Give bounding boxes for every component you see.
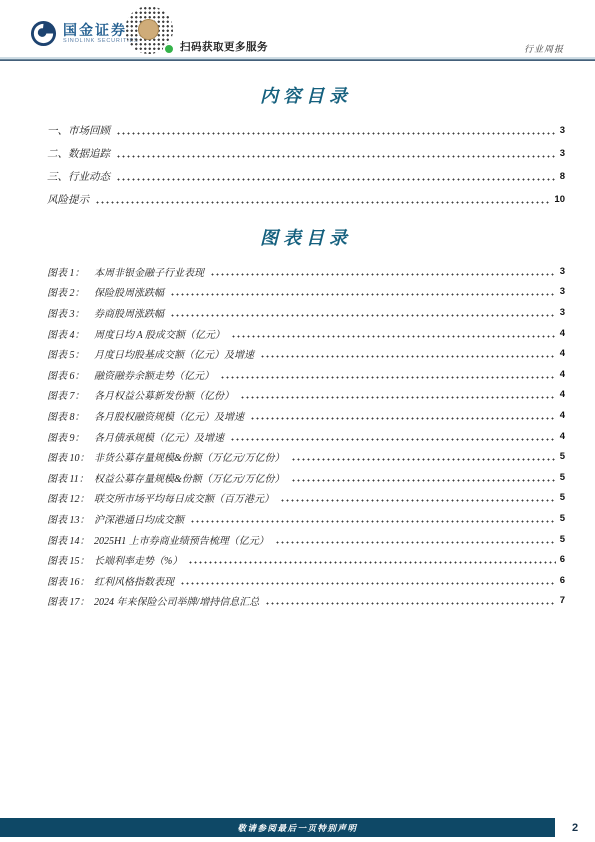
figure-item[interactable]: 图表 9： 各月债承规模（亿元）及增速 4 <box>47 426 565 447</box>
qr-caption: 扫码获取更多服务 <box>180 39 268 54</box>
content-toc-title: 内容目录 <box>47 82 565 108</box>
figure-item-no: 图表 7： <box>47 387 94 402</box>
figure-item[interactable]: 图表 4： 周度日均 A 股成交额（亿元） 4 <box>47 323 565 344</box>
toc-item-label: 三、行业动态 <box>47 169 110 184</box>
figure-item-title: 各月权益公募新发份额（亿份） <box>94 387 234 402</box>
toc-item-label: 二、数据追踪 <box>47 146 110 161</box>
footer-disclaimer: 敬请参阅最后一页特别声明 <box>0 818 595 837</box>
figure-item-page: 6 <box>560 575 565 586</box>
dot-leader <box>275 529 556 550</box>
figure-item-no: 图表 16： <box>47 573 94 588</box>
figure-item-title: 月度日均股基成交额（亿元）及增速 <box>94 346 254 361</box>
toc-item-page: 3 <box>560 148 565 159</box>
figure-item-page: 4 <box>560 410 565 421</box>
figure-item-title: 长端利率走势（%） <box>94 552 182 567</box>
toc-item[interactable]: 二、数据追踪 3 <box>47 142 565 165</box>
figure-item-title: 周度日均 A 股成交额（亿元） <box>94 326 225 341</box>
figure-item-page: 5 <box>560 534 565 545</box>
figure-item-title: 2024 年来保险公司举牌/增持信息汇总 <box>94 593 259 608</box>
qr-code <box>125 6 173 54</box>
main-content: 内容目录 一、市场回顾 3 二、数据追踪 3 三、行业动态 8 风险提示 10 <box>47 61 565 611</box>
figure-item-title: 各月债承规模（亿元）及增速 <box>94 429 224 444</box>
figure-item-page: 3 <box>560 286 565 297</box>
report-page: 国金证券 SINOLINK SECURITIES 扫码获取更多服务 行业周报 内… <box>0 0 595 842</box>
figure-item-page: 6 <box>560 554 565 565</box>
figure-item-title: 券商股周涨跌幅 <box>94 305 164 320</box>
dot-leader <box>210 261 556 282</box>
toc-item-label: 风险提示 <box>47 192 89 207</box>
dot-leader <box>291 467 556 488</box>
figure-item-no: 图表 9： <box>47 429 94 444</box>
figure-item[interactable]: 图表 2： 保险股周涨跌幅 3 <box>47 282 565 303</box>
figure-item[interactable]: 图表 5： 月度日均股基成交额（亿元）及增速 4 <box>47 343 565 364</box>
figure-item[interactable]: 图表 11： 权益公募存量规模&份额（万亿元/万亿份） 5 <box>47 467 565 488</box>
toc-item[interactable]: 三、行业动态 8 <box>47 165 565 188</box>
figure-item-no: 图表 3： <box>47 305 94 320</box>
toc-item-page: 8 <box>560 171 565 182</box>
figure-item[interactable]: 图表 6： 融资融券余额走势（亿元） 4 <box>47 364 565 385</box>
dot-leader <box>265 591 555 612</box>
dot-leader <box>116 165 556 188</box>
figure-item-title: 非货公募存量规模&份额（万亿元/万亿份） <box>94 449 285 464</box>
figure-item-title: 联交所市场平均每日成交额（百万港元） <box>94 490 274 505</box>
figure-item-no: 图表 11： <box>47 470 94 485</box>
figure-item-title: 权益公募存量规模&份额（万亿元/万亿份） <box>94 470 285 485</box>
toc-item-page: 3 <box>560 125 565 136</box>
figure-item-no: 图表 12： <box>47 490 94 505</box>
page-header: 国金证券 SINOLINK SECURITIES 扫码获取更多服务 行业周报 <box>0 0 595 58</box>
dot-leader <box>231 323 556 344</box>
figure-item-no: 图表 15： <box>47 552 94 567</box>
figure-item[interactable]: 图表 1： 本周非银金融子行业表现 3 <box>47 261 565 282</box>
figure-item-no: 图表 2： <box>47 284 94 299</box>
figure-item-no: 图表 10： <box>47 449 94 464</box>
figure-item[interactable]: 图表 3： 券商股周涨跌幅 3 <box>47 302 565 323</box>
figure-item-page: 5 <box>560 451 565 462</box>
dot-leader <box>116 142 556 165</box>
sinolink-logo: 国金证券 SINOLINK SECURITIES <box>30 20 138 47</box>
figure-item-title: 红利风格指数表现 <box>94 573 174 588</box>
figure-item[interactable]: 图表 15： 长端利率走势（%） 6 <box>47 549 565 570</box>
dot-leader <box>95 188 550 211</box>
figure-item-no: 图表 17： <box>47 593 94 608</box>
report-type-label: 行业周报 <box>524 42 564 55</box>
figure-item-page: 3 <box>560 266 565 277</box>
figure-item-no: 图表 13： <box>47 511 94 526</box>
figure-item-no: 图表 4： <box>47 326 94 341</box>
page-number-box: 2 <box>555 818 595 837</box>
page-number: 2 <box>572 822 578 834</box>
figure-item-no: 图表 6： <box>47 367 94 382</box>
figure-item-page: 5 <box>560 472 565 483</box>
figure-item-title: 本周非银金融子行业表现 <box>94 264 204 279</box>
dot-leader <box>170 302 556 323</box>
dot-leader <box>190 508 556 529</box>
figure-item[interactable]: 图表 17： 2024 年来保险公司举牌/增持信息汇总 7 <box>47 591 565 612</box>
figure-item[interactable]: 图表 8： 各月股权融资规模（亿元）及增速 4 <box>47 405 565 426</box>
figure-item[interactable]: 图表 14： 2025H1 上市券商业绩预告梳理（亿元） 5 <box>47 529 565 550</box>
toc-item[interactable]: 一、市场回顾 3 <box>47 119 565 142</box>
figure-item-page: 5 <box>560 492 565 503</box>
dot-leader <box>260 343 556 364</box>
qr-center-seal <box>138 19 159 40</box>
dot-leader <box>280 488 556 509</box>
sinolink-logo-icon <box>30 20 57 47</box>
content-toc-list: 一、市场回顾 3 二、数据追踪 3 三、行业动态 8 风险提示 10 <box>47 119 565 211</box>
dot-leader <box>220 364 556 385</box>
figure-item-no: 图表 5： <box>47 346 94 361</box>
toc-item-page: 10 <box>554 194 565 205</box>
figure-toc-title: 图表目录 <box>47 224 565 250</box>
figure-item-title: 保险股周涨跌幅 <box>94 284 164 299</box>
dot-leader <box>240 385 556 406</box>
figure-item-title: 沪深港通日均成交额 <box>94 511 184 526</box>
figure-item-page: 4 <box>560 431 565 442</box>
dot-leader <box>230 426 556 447</box>
figure-item-page: 4 <box>560 389 565 400</box>
dot-leader <box>116 119 556 142</box>
toc-item-label: 一、市场回顾 <box>47 123 110 138</box>
figure-item-title: 融资融券余额走势（亿元） <box>94 367 214 382</box>
figure-item-page: 7 <box>560 595 565 606</box>
figure-item-no: 图表 1： <box>47 264 94 279</box>
dot-leader <box>250 405 556 426</box>
dot-leader <box>291 446 556 467</box>
figure-item[interactable]: 图表 13： 沪深港通日均成交额 5 <box>47 508 565 529</box>
figure-item-page: 4 <box>560 369 565 380</box>
figure-item-title: 2025H1 上市券商业绩预告梳理（亿元） <box>94 532 269 547</box>
figure-item-no: 图表 14： <box>47 532 94 547</box>
figure-item[interactable]: 图表 16： 红利风格指数表现 6 <box>47 570 565 591</box>
figure-item[interactable]: 图表 12： 联交所市场平均每日成交额（百万港元） 5 <box>47 488 565 509</box>
page-footer: 敬请参阅最后一页特别声明 2 <box>0 818 595 837</box>
figure-item[interactable]: 图表 7： 各月权益公募新发份额（亿份） 4 <box>47 385 565 406</box>
dot-leader <box>170 282 556 303</box>
figure-item-page: 5 <box>560 513 565 524</box>
figure-item-page: 4 <box>560 348 565 359</box>
figure-item-page: 3 <box>560 307 565 318</box>
figure-item-no: 图表 8： <box>47 408 94 423</box>
figure-item-page: 4 <box>560 328 565 339</box>
figure-toc-list: 图表 1： 本周非银金融子行业表现 3 图表 2： 保险股周涨跌幅 3 图表 3… <box>47 261 565 611</box>
toc-item[interactable]: 风险提示 10 <box>47 188 565 211</box>
figure-item-title: 各月股权融资规模（亿元）及增速 <box>94 408 244 423</box>
wechat-badge-icon <box>163 43 175 55</box>
dot-leader <box>180 570 556 591</box>
dot-leader <box>188 549 555 570</box>
figure-item[interactable]: 图表 10： 非货公募存量规模&份额（万亿元/万亿份） 5 <box>47 446 565 467</box>
